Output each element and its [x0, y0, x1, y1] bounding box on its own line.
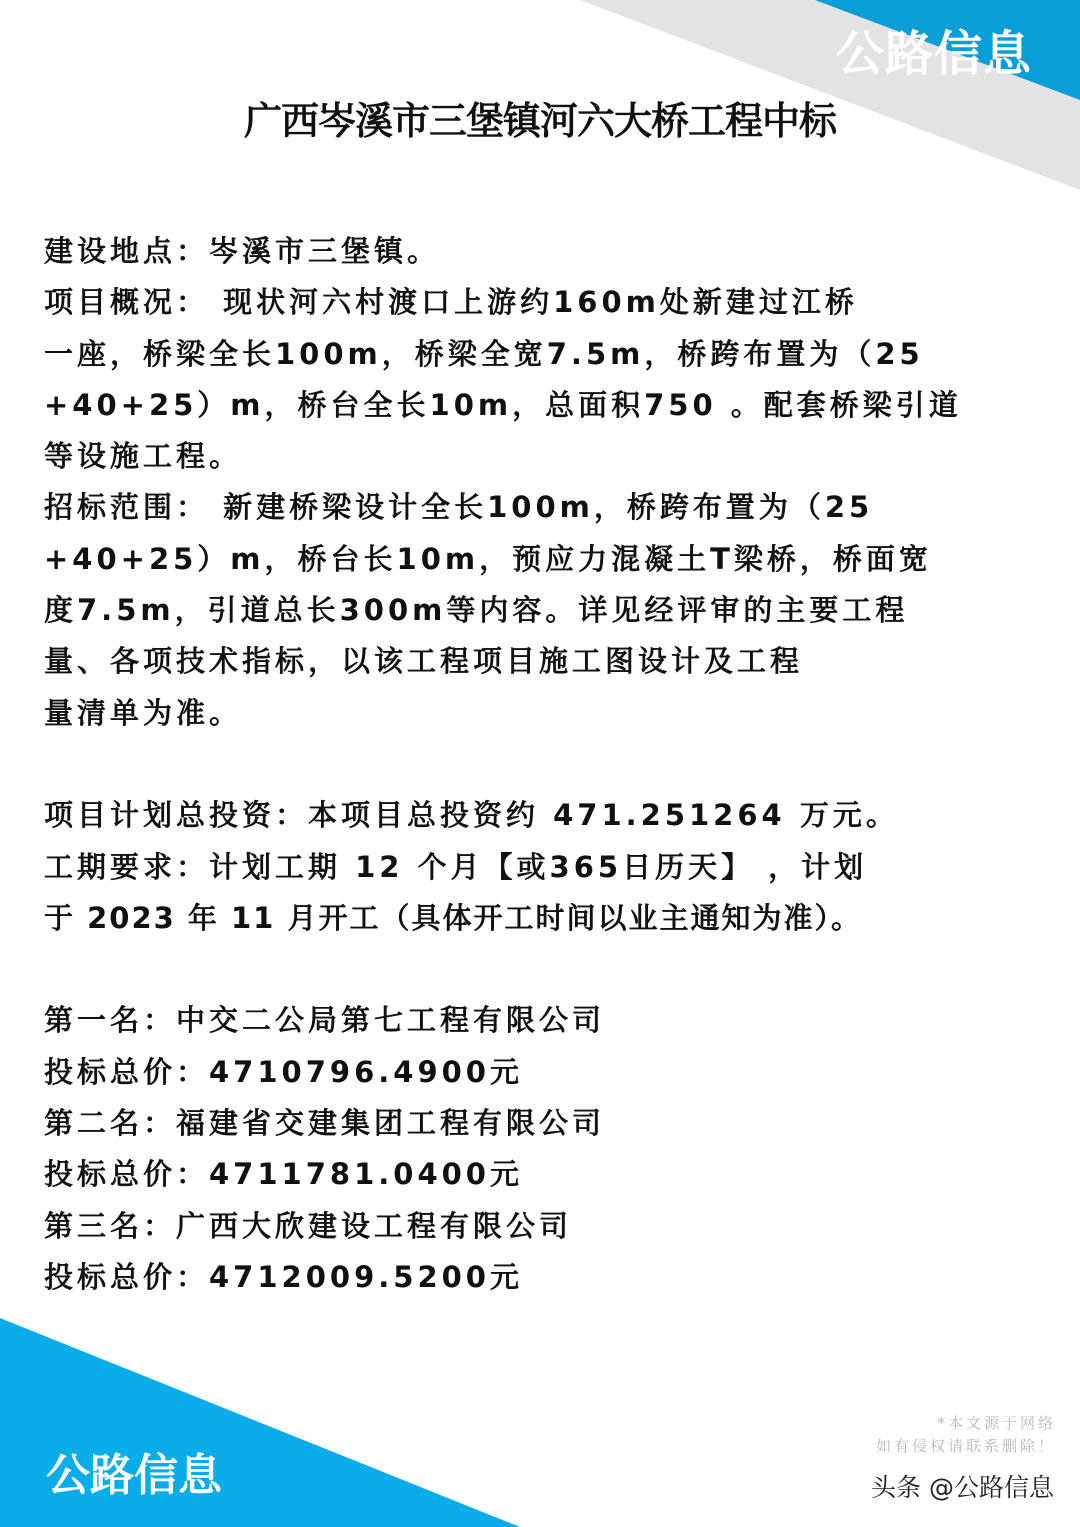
text-line: 等设施工程。: [44, 431, 1044, 482]
source-watermark: 头条 @公路信息: [871, 1471, 1054, 1505]
text-line: 招标范围： 新建桥梁设计全长100m，桥跨布置为（25: [44, 482, 1044, 533]
page-title: 广西岑溪市三堡镇河六大桥工程中标: [0, 96, 1080, 146]
section-overview: 项目概况： 现状河六村渡口上游约160m处新建过江桥 一座，桥梁全长100m，桥…: [44, 277, 1044, 482]
section-scope: 招标范围： 新建桥梁设计全长100m，桥跨布置为（25 +40+25）m，桥台长…: [44, 482, 1044, 738]
section-investment: 项目计划总投资：本项目总投资约 471.251264 万元。: [44, 790, 1044, 841]
result-rank-3: 第三名：广西大欣建设工程有限公司: [44, 1201, 1044, 1252]
text-line: +40+25）m，桥台长10m，预应力混凝土T梁桥，桥面宽: [44, 534, 1044, 585]
text-line: 建设地点：岑溪市三堡镇。: [44, 226, 1044, 277]
text-line: 度7.5m，引道总长300m等内容。详见经评审的主要工程: [44, 585, 1044, 636]
brand-logo-bottom: 公路信息: [46, 1448, 222, 1504]
disclaimer-line: *本文源于网络: [876, 1412, 1056, 1435]
copyright-disclaimer: *本文源于网络 如有侵权请联系删除！: [876, 1412, 1056, 1458]
spacer: [44, 739, 1044, 790]
text-line: 项目计划总投资：本项目总投资约 471.251264 万元。: [44, 790, 1044, 841]
article-body: 建设地点：岑溪市三堡镇。 项目概况： 现状河六村渡口上游约160m处新建过江桥 …: [44, 226, 1044, 1303]
section-location: 建设地点：岑溪市三堡镇。: [44, 226, 1044, 277]
result-price-3: 投标总价：4712009.5200元: [44, 1252, 1044, 1303]
results-list: 第一名：中交二公局第七工程有限公司 投标总价：4710796.4900元 第二名…: [44, 995, 1044, 1303]
result-price-2: 投标总价：4711781.0400元: [44, 1149, 1044, 1200]
result-rank-1: 第一名：中交二公局第七工程有限公司: [44, 995, 1044, 1046]
disclaimer-line: 如有侵权请联系删除！: [876, 1435, 1056, 1458]
text-line: 项目概况： 现状河六村渡口上游约160m处新建过江桥: [44, 277, 1044, 328]
result-rank-2: 第二名：福建省交建集团工程有限公司: [44, 1098, 1044, 1149]
text-line: 量清单为准。: [44, 688, 1044, 739]
result-price-1: 投标总价：4710796.4900元: [44, 1047, 1044, 1098]
text-line: 于 2023 年 11 月开工（具体开工时间以业主通知为准）。: [44, 893, 1044, 944]
text-line: 量、各项技术指标，以该工程项目施工图设计及工程: [44, 636, 1044, 687]
text-line: 工期要求：计划工期 12 个月【或365日历天】 ，计划: [44, 842, 1044, 893]
text-line: 一座，桥梁全长100m，桥梁全宽7.5m，桥跨布置为（25: [44, 329, 1044, 380]
spacer: [44, 944, 1044, 995]
text-line: +40+25）m，桥台全长10m，总面积750 。配套桥梁引道: [44, 380, 1044, 431]
section-schedule: 工期要求：计划工期 12 个月【或365日历天】 ，计划 于 2023 年 11…: [44, 842, 1044, 945]
brand-logo-top: 公路信息: [836, 26, 1032, 82]
